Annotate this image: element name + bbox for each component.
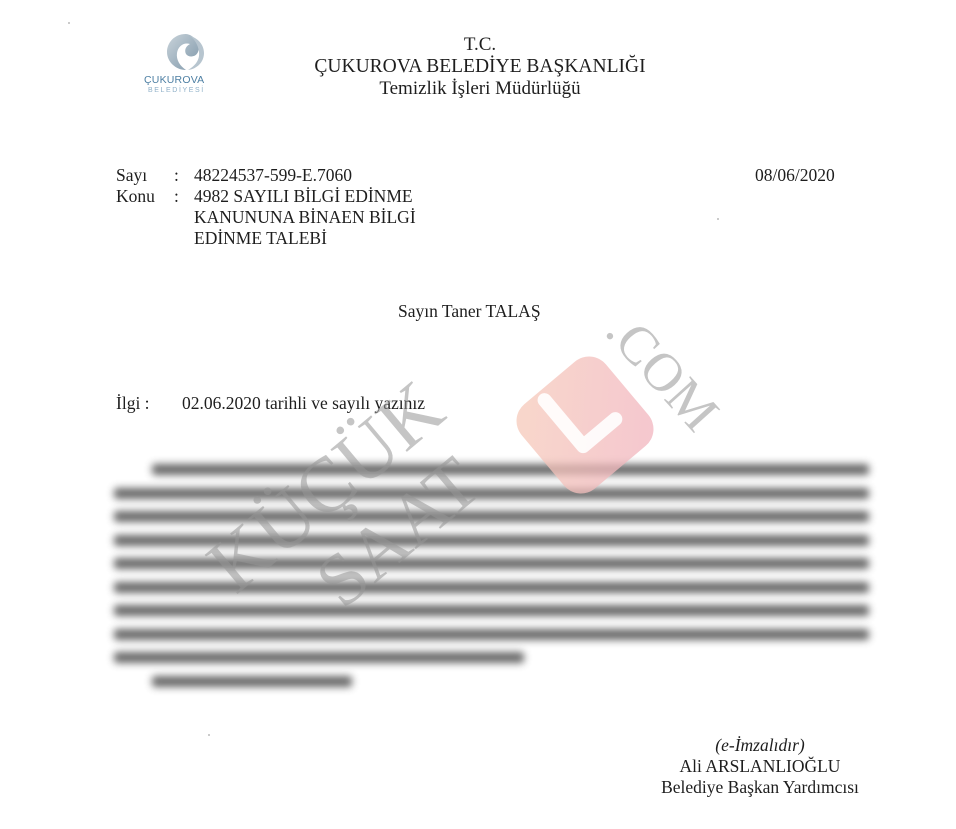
blurred-line [114,488,869,499]
document-meta: Sayı : 48224537-599-E.7060 Konu : 4982 S… [116,165,494,249]
signer-title: Belediye Başkan Yardımcısı [620,777,900,798]
scan-speck [208,734,210,736]
sayi-value: 48224537-599-E.7060 [194,165,494,186]
colon: : [174,186,194,249]
header-organization: ÇUKUROVA BELEDİYE BAŞKANLIĞI [240,56,720,78]
colon: : [174,165,194,186]
konu-line: EDİNME TALEBİ [194,228,494,249]
konu-line: 4982 SAYILI BİLGİ EDİNME [194,186,494,207]
scan-speck [68,22,70,24]
signature-block: (e-İmzalıdır) Ali ARSLANLIOĞLU Belediye … [620,735,900,798]
logo-name: ÇUKUROVA [144,74,204,86]
konu-row: Konu : 4982 SAYILI BİLGİ EDİNME KANUNUNA… [116,186,494,249]
wave-emblem-icon [164,32,208,72]
konu-line: KANUNUNA BİNAEN BİLGİ [194,207,494,228]
sayi-label: Sayı [116,165,174,186]
letterhead: T.C. ÇUKUROVA BELEDİYE BAŞKANLIĞI Temizl… [240,34,720,100]
konu-label: Konu [116,186,174,249]
header-tc: T.C. [240,34,720,56]
konu-value: 4982 SAYILI BİLGİ EDİNME KANUNUNA BİNAEN… [194,186,494,249]
blurred-line [152,676,352,687]
e-signature-note: (e-İmzalıdır) [620,735,900,756]
signer-name: Ali ARSLANLIOĞLU [620,756,900,777]
salutation: Sayın Taner TALAŞ [398,301,541,322]
blurred-line [114,605,869,616]
logo-subtitle: BELEDİYESİ [148,87,205,94]
blurred-line [114,652,524,663]
header-department: Temizlik İşleri Müdürlüğü [240,78,720,100]
sayi-row: Sayı : 48224537-599-E.7060 [116,165,494,186]
blurred-line [114,629,869,640]
document-date: 08/06/2020 [755,165,835,186]
municipality-logo: ÇUKUROVA BELEDİYESİ [142,32,232,102]
scan-speck [717,218,719,220]
ilgi-label: İlgi : [116,393,182,414]
